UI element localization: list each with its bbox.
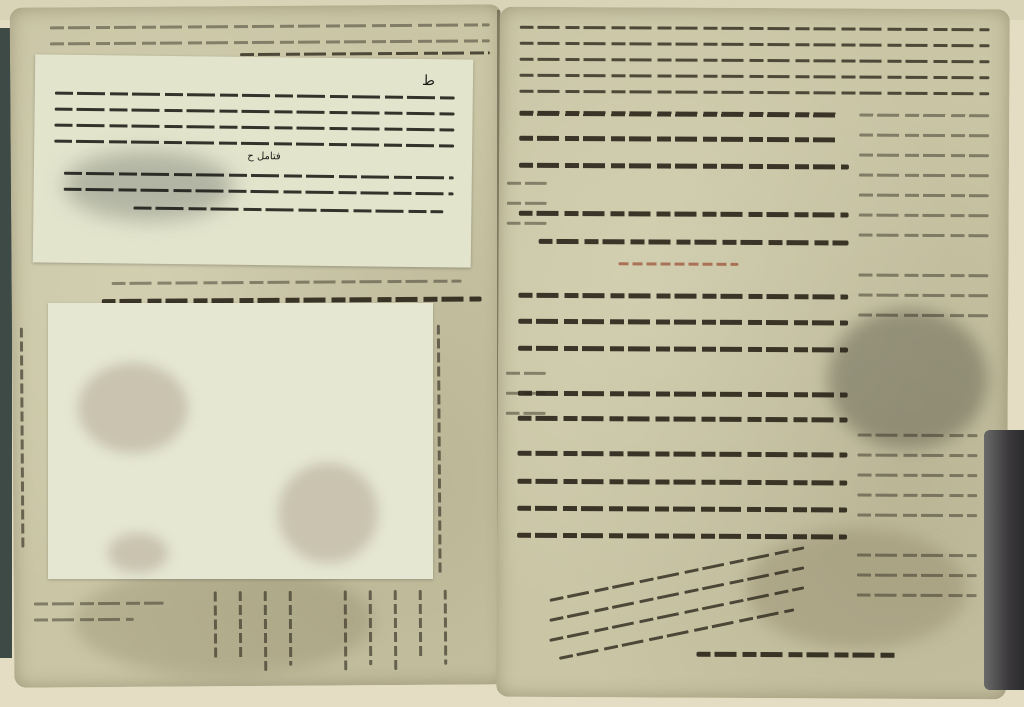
margin-text — [264, 591, 268, 671]
note-closing: فتامل ح — [234, 151, 294, 164]
margin-text — [857, 489, 977, 502]
text-line — [519, 69, 989, 83]
margin-text — [506, 387, 546, 399]
manuscript-right-page — [496, 7, 1010, 700]
margin-text — [506, 407, 546, 419]
note-line — [55, 87, 455, 104]
margin-text — [437, 325, 442, 575]
margin-text — [506, 367, 546, 379]
main-text-line — [518, 412, 848, 426]
margin-text — [20, 328, 25, 548]
margin-text — [857, 469, 977, 482]
margin-text — [859, 169, 989, 182]
margin-text — [394, 590, 398, 670]
main-text-line — [518, 289, 848, 303]
main-text-line — [518, 387, 848, 401]
margin-text — [419, 590, 422, 660]
note-line — [54, 135, 454, 152]
text-line — [520, 53, 990, 67]
margin-text — [369, 590, 373, 665]
rubric-mark — [618, 257, 738, 270]
margin-text — [857, 509, 977, 522]
margin-text — [239, 591, 242, 661]
margin-text — [507, 177, 547, 189]
margin-text — [859, 109, 989, 122]
main-text-line — [517, 475, 847, 489]
margin-text — [858, 309, 988, 322]
foxing-spot — [78, 363, 188, 453]
margin-text — [444, 590, 448, 665]
margin-text — [857, 569, 977, 582]
margin-text — [344, 590, 348, 670]
pasted-note: ط فتامل ح — [33, 54, 474, 267]
main-text-line — [517, 529, 847, 543]
margin-text — [859, 229, 989, 242]
margin-text — [857, 589, 977, 602]
foxing-spot — [108, 533, 168, 573]
note-corner-mark: ط — [422, 73, 435, 89]
text-line — [34, 597, 164, 610]
main-text-line — [518, 315, 848, 329]
binding-edge-right — [984, 430, 1024, 690]
main-text-line — [517, 502, 847, 516]
margin-text — [289, 591, 293, 666]
blank-pasted-card — [48, 303, 433, 579]
text-line — [519, 85, 989, 99]
margin-text — [858, 289, 988, 302]
main-text-line — [539, 235, 849, 249]
main-text-line — [517, 447, 847, 461]
margin-text — [857, 449, 977, 462]
note-line — [55, 103, 455, 120]
main-text-line — [696, 648, 896, 661]
text-line — [520, 21, 990, 35]
text-line — [34, 613, 134, 626]
margin-text — [214, 591, 217, 661]
text-line — [112, 275, 462, 289]
margin-text — [857, 549, 977, 562]
note-line — [54, 119, 454, 136]
foxing-spot — [278, 463, 378, 563]
margin-text — [858, 269, 988, 282]
main-text-line — [519, 159, 849, 173]
margin-text — [859, 209, 989, 222]
margin-text — [859, 149, 989, 162]
main-text-line — [519, 132, 839, 146]
margin-text — [507, 197, 547, 209]
text-line — [520, 37, 990, 51]
main-text-line — [519, 107, 839, 121]
main-text-line — [519, 207, 849, 221]
margin-text — [859, 129, 989, 142]
text-line — [50, 18, 490, 33]
main-text-line — [518, 342, 848, 356]
margin-text — [858, 429, 978, 442]
margin-text — [859, 189, 989, 202]
margin-text — [507, 217, 547, 229]
